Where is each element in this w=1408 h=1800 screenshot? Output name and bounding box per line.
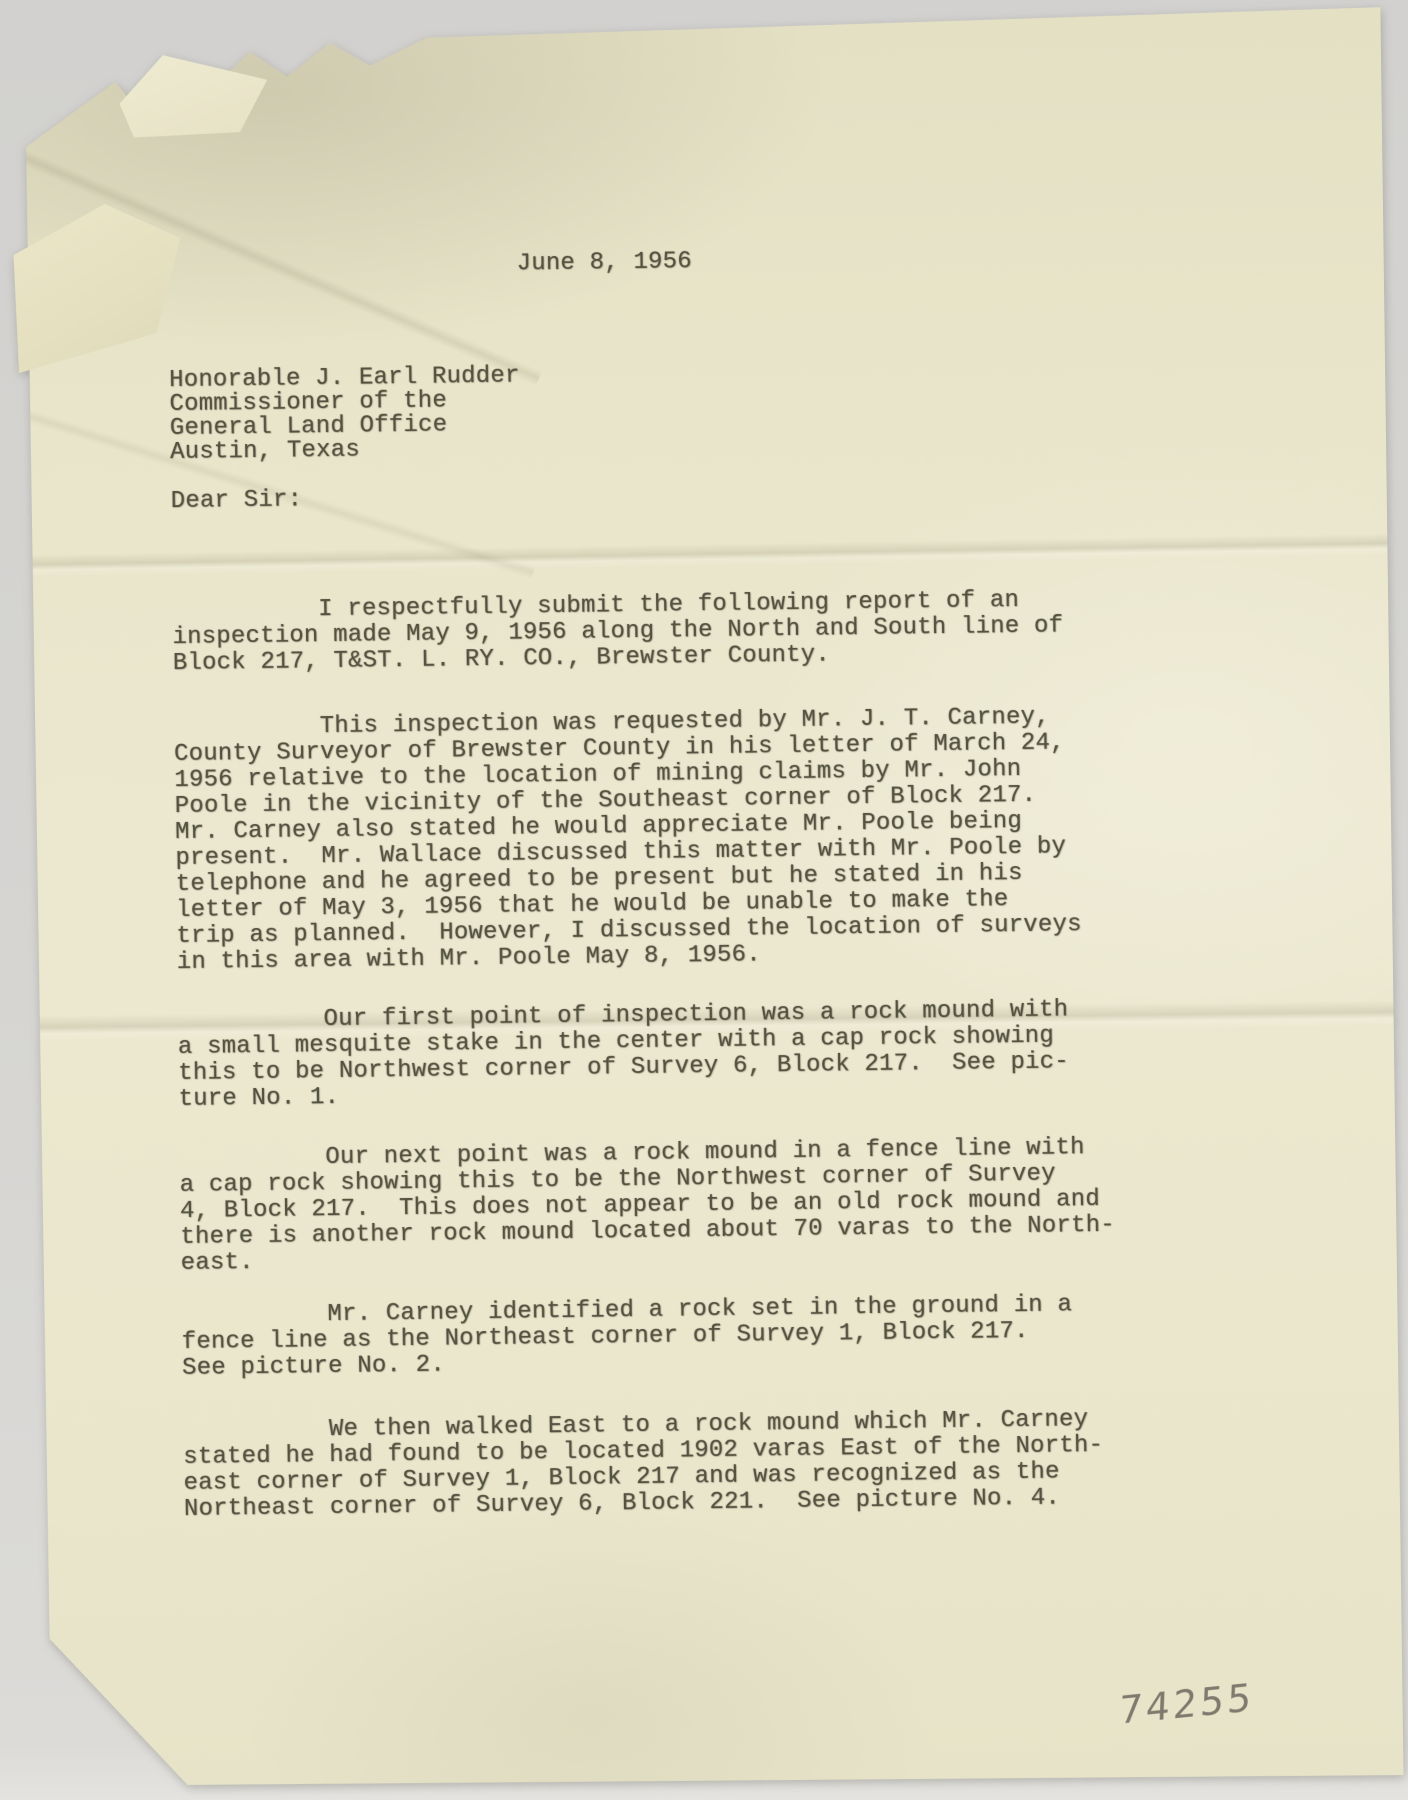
letter-page: June 8, 1956 Honorable J. Earl Rudder Co…	[24, 7, 1403, 1793]
paragraph-6: We then walked East to a rock mound whic…	[183, 1407, 1104, 1523]
paragraph-1: I respectfully submit the following repo…	[172, 587, 1064, 677]
handwritten-catalog-number: 74255	[1118, 1675, 1255, 1733]
salutation: Dear Sir:	[171, 487, 303, 515]
scan-background: June 8, 1956 Honorable J. Earl Rudder Co…	[0, 0, 1408, 1800]
typewritten-content: June 8, 1956 Honorable J. Earl Rudder Co…	[24, 7, 1403, 1793]
paragraph-5: Mr. Carney identified a rock set in the …	[181, 1292, 1073, 1382]
paragraph-2: This inspection was requested by Mr. J. …	[174, 704, 1083, 976]
paragraph-3: Our first point of inspection was a rock…	[177, 997, 1069, 1113]
recipient-address-block: Honorable J. Earl Rudder Commissioner of…	[169, 365, 521, 466]
paragraph-4: Our next point was a rock mound in a fen…	[179, 1135, 1115, 1277]
letter-date: June 8, 1956	[516, 249, 692, 277]
paper-sheet: June 8, 1956 Honorable J. Earl Rudder Co…	[24, 7, 1403, 1793]
